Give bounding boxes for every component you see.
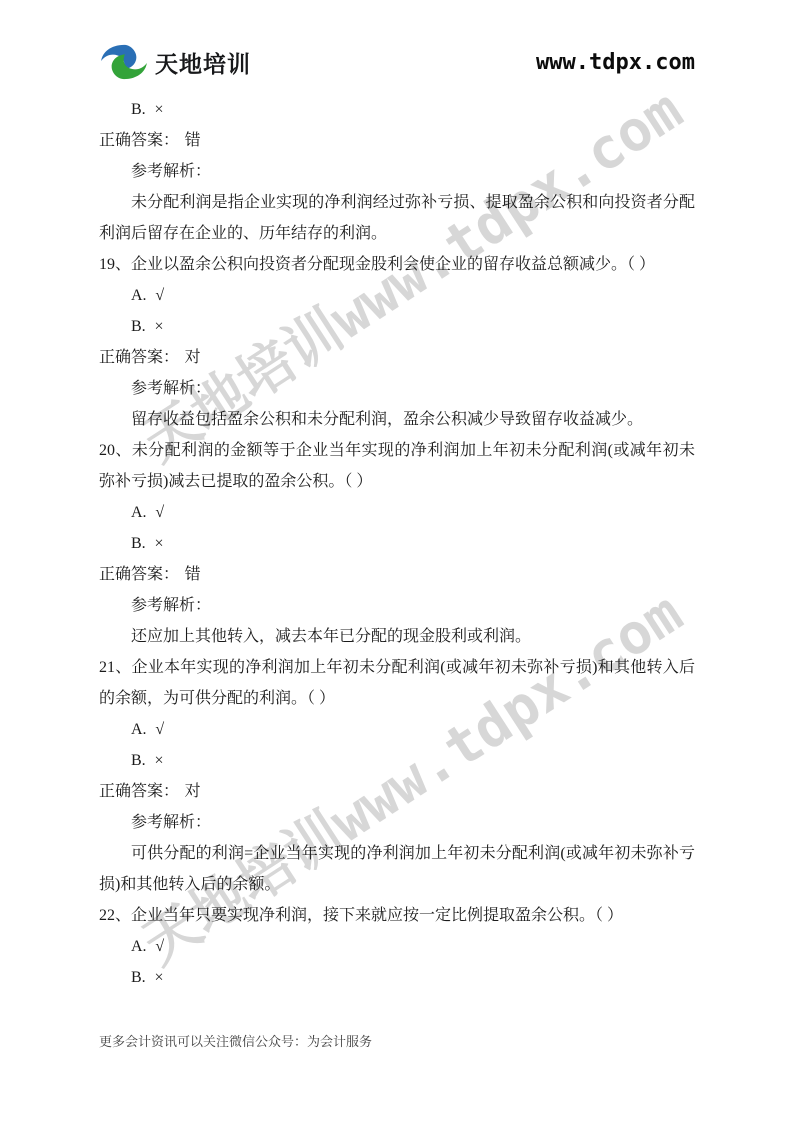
answer-value: 对 [185, 349, 201, 366]
option-item: A. √ [99, 497, 695, 528]
answer-line: 正确答案：错 [99, 559, 695, 590]
option-item: B. × [99, 94, 695, 125]
analysis-label: 参考解析： [99, 807, 695, 838]
question-text: 20、未分配利润的金额等于企业当年实现的净利润加上年初未分配利润(或减年初未弥补… [99, 435, 695, 497]
question-text: 19、企业以盈余公积向投资者分配现金股利会使企业的留存收益总额减少。（ ） [99, 249, 695, 280]
option-item: B. × [99, 311, 695, 342]
document-page: 天地培训www.tdpx.com 天地培训www.tdpx.com 天地培训 w… [0, 0, 793, 1122]
answer-line: 正确答案：错 [99, 125, 695, 156]
option-item: B. × [99, 745, 695, 776]
question-text: 21、企业本年实现的净利润加上年初未分配利润(或减年初未弥补亏损)和其他转入后的… [99, 652, 695, 714]
analysis-label: 参考解析： [99, 590, 695, 621]
answer-label: 正确答案： [99, 132, 179, 149]
answer-line: 正确答案：对 [99, 776, 695, 807]
answer-line: 正确答案：对 [99, 342, 695, 373]
brand-logo: 天地培训 [99, 43, 251, 81]
swirl-logo-icon [99, 43, 149, 81]
option-item: A. √ [99, 280, 695, 311]
question-text: 22、企业当年只要实现净利润，接下来就应按一定比例提取盈余公积。（ ） [99, 900, 695, 931]
analysis-text: 未分配利润是指企业实现的净利润经过弥补亏损、提取盈余公积和向投资者分配利润后留存… [99, 187, 695, 249]
option-item: A. √ [99, 931, 695, 962]
answer-label: 正确答案： [99, 349, 179, 366]
analysis-label: 参考解析： [99, 156, 695, 187]
option-item: B. × [99, 528, 695, 559]
document-body: B. ×正确答案：错参考解析：未分配利润是指企业实现的净利润经过弥补亏损、提取盈… [99, 94, 695, 993]
answer-value: 对 [185, 783, 201, 800]
analysis-text: 还应加上其他转入，减去本年已分配的现金股利或利润。 [99, 621, 695, 652]
option-item: A. √ [99, 714, 695, 745]
analysis-label: 参考解析： [99, 373, 695, 404]
answer-label: 正确答案： [99, 783, 179, 800]
option-item: B. × [99, 962, 695, 993]
answer-value: 错 [185, 132, 201, 149]
analysis-text: 留存收益包括盈余公积和未分配利润，盈余公积减少导致留存收益减少。 [99, 404, 695, 435]
brand-name: 天地培训 [155, 46, 251, 79]
page-header: 天地培训 www.tdpx.com [99, 40, 695, 84]
answer-value: 错 [185, 566, 201, 583]
answer-label: 正确答案： [99, 566, 179, 583]
analysis-text: 可供分配的利润=企业当年实现的净利润加上年初未分配利润(或减年初未弥补亏损)和其… [99, 838, 695, 900]
footer-note: 更多会计资讯可以关注微信公众号：为会计服务 [99, 1031, 372, 1050]
site-url: www.tdpx.com [536, 50, 695, 75]
